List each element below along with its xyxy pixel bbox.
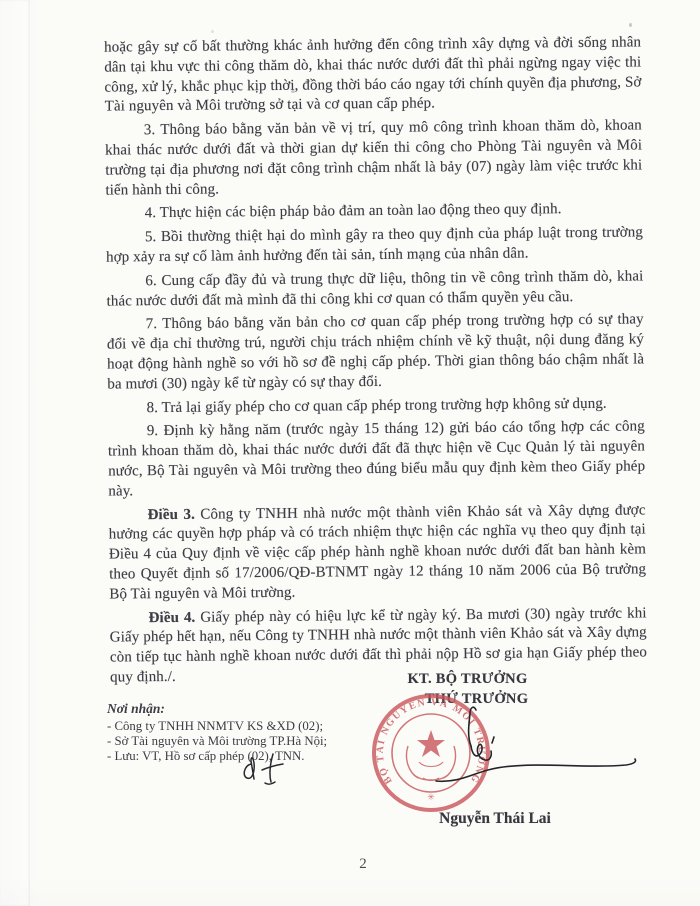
paragraph: 8. Trả lại giấy phép cho cơ quan cấp phé… [107,394,644,419]
document-body: hoặc gây sự cố bất thường khác ảnh hưởng… [104,33,647,688]
scan-edge-strip [0,0,30,906]
paragraph: 7. Thông báo bằng văn bản cho cơ quan cấ… [107,311,645,395]
paragraph: 9. Định kỳ hằng năm (trước ngày 15 tháng… [108,418,646,502]
paragraph: hoặc gây sự cố bất thường khác ảnh hưởng… [104,33,642,117]
paragraph: 3. Thông báo bằng văn bản về vị trí, quy… [105,117,643,201]
acting-minister-title: KT. BỘ TRƯỞNG [390,671,545,688]
clerk-initials-handwriting [235,748,305,793]
scan-speck [629,23,632,27]
paragraph: 5. Bồi thường thiệt hại do mình gây ra t… [106,224,643,269]
article-label: Điều 4. [148,609,195,625]
signer-name: Nguyễn Thái Lai [420,810,570,828]
scanned-document-page: { "document": { "paragraphs": [ {"text":… [0,0,700,906]
recipients-heading: Nơi nhận: [107,701,327,717]
paragraph: 4. Thực hiện các biện pháp bảo đảm an to… [106,200,643,225]
signature-handwriting [430,690,660,800]
recipient-item: - Công ty TNHH NNMTV KS &XD (02); [107,719,327,734]
paragraph-article-3: Điều 3. Công ty TNHH nhà nước một thành … [109,501,647,605]
page-number: 2 [348,856,378,873]
paragraph-article-4: Điều 4. Giấy phép này có hiệu lực kể từ … [109,604,647,688]
scan-speck [291,90,295,93]
scan-speck [211,30,214,33]
article-label: Điều 3. [148,506,195,522]
paragraph: 6. Cung cấp đầy đủ và trung thực dữ liệu… [106,267,643,312]
